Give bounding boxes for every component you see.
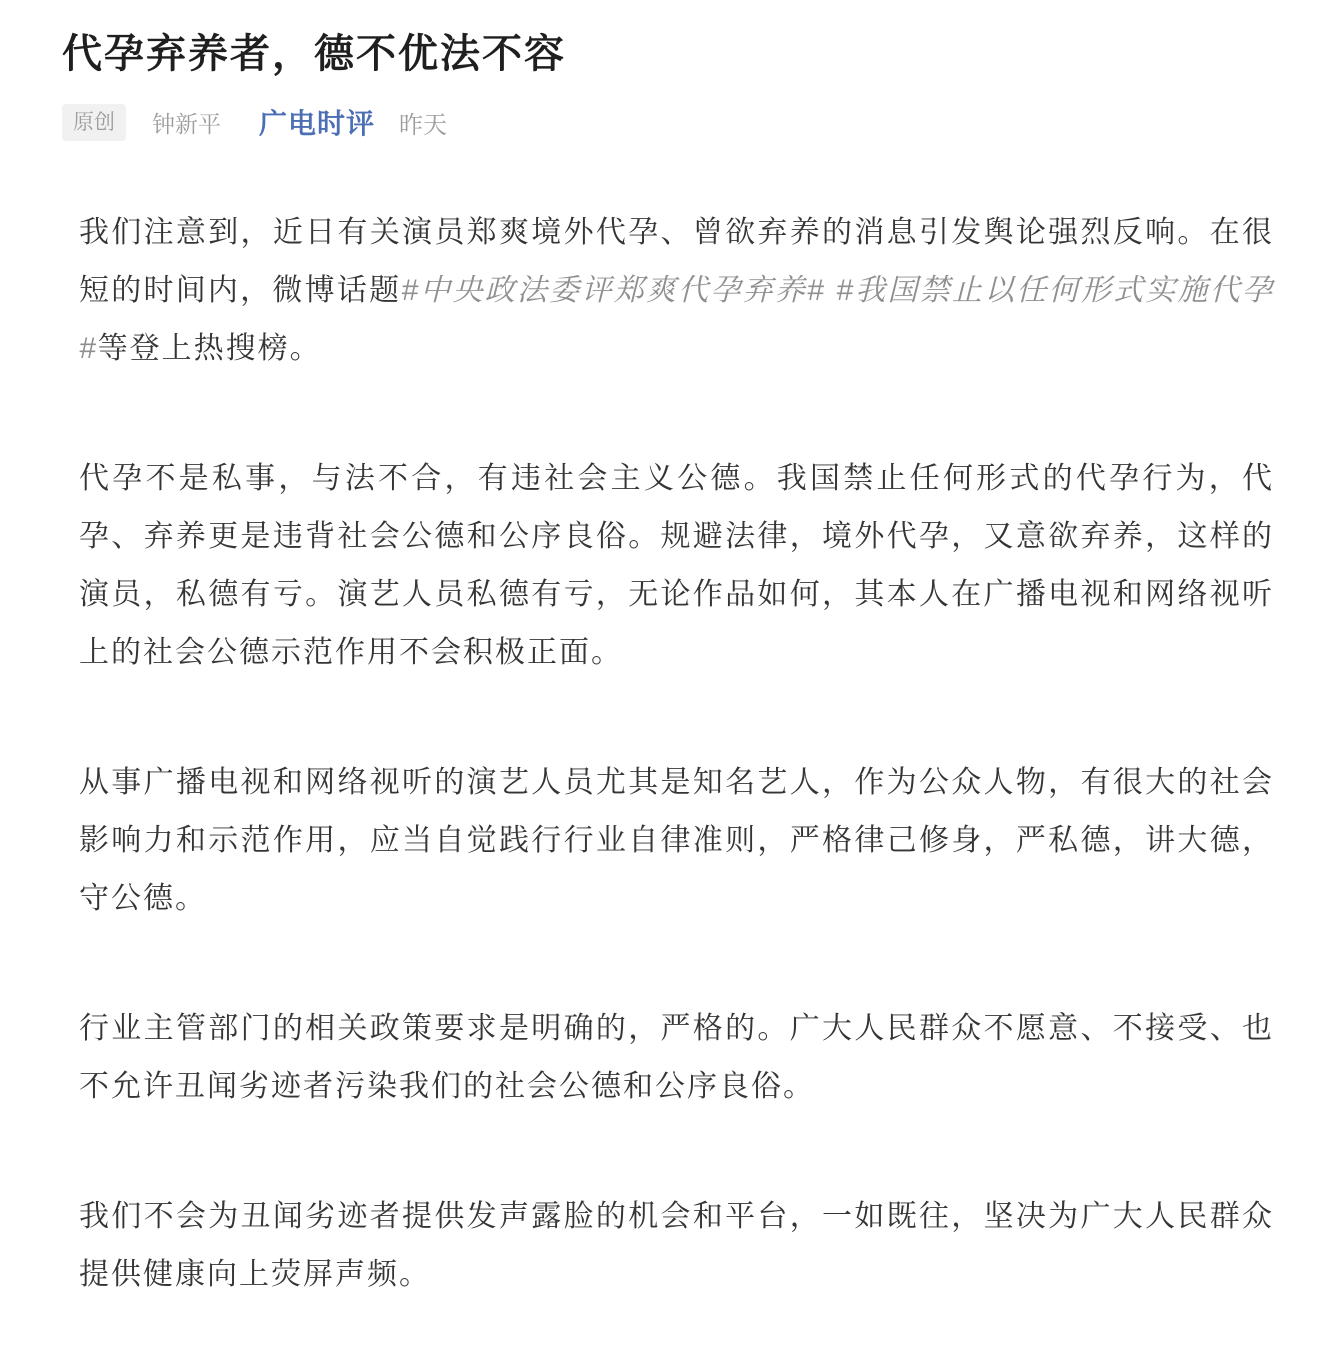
author-name: 钟新平 — [152, 106, 221, 139]
paragraph-text: 等登上热搜榜。 — [98, 332, 322, 365]
article-content: 我们注意到，近日有关演员郑爽境外代孕、曾欲弃养的消息引发舆论强烈反响。在很短的时… — [79, 204, 1274, 1304]
paragraph: 代孕不是私事，与法不合，有违社会主义公德。我国禁止任何形式的代孕行为，代孕、弃养… — [79, 450, 1274, 682]
article-title: 代孕弃养者，德不优法不容 — [62, 26, 1274, 82]
paragraph: 行业主管部门的相关政策要求是明确的，严格的。广大人民群众不愿意、不接受、也不允许… — [79, 1000, 1274, 1116]
article-page: 代孕弃养者，德不优法不容 原创 钟新平 广电时评 昨天 我们注意到，近日有关演员… — [0, 0, 1320, 1356]
paragraph-text: 行业主管部门的相关政策要求是明确的，严格的。广大人民群众不愿意、不接受、也不允许… — [79, 1012, 1274, 1103]
paragraph: 我们注意到，近日有关演员郑爽境外代孕、曾欲弃养的消息引发舆论强烈反响。在很短的时… — [79, 204, 1274, 378]
original-badge: 原创 — [62, 104, 126, 141]
account-link[interactable]: 广电时评 — [259, 102, 375, 142]
publish-date: 昨天 — [399, 105, 447, 140]
paragraph: 我们不会为丑闻劣迹者提供发声露脸的机会和平台，一如既往，坚决为广大人民群众提供健… — [79, 1188, 1274, 1304]
article-meta-row: 原创 钟新平 广电时评 昨天 — [62, 102, 1274, 142]
paragraph: 从事广播电视和网络视听的演艺人员尤其是知名艺人，作为公众人物，有很大的社会影响力… — [79, 754, 1274, 928]
paragraph-text: 从事广播电视和网络视听的演艺人员尤其是知名艺人，作为公众人物，有很大的社会影响力… — [79, 766, 1274, 915]
paragraph-text: 代孕不是私事，与法不合，有违社会主义公德。我国禁止任何形式的代孕行为，代孕、弃养… — [79, 462, 1274, 669]
article-container: 代孕弃养者，德不优法不容 原创 钟新平 广电时评 昨天 我们注意到，近日有关演员… — [0, 0, 1320, 1344]
paragraph-text: 我们不会为丑闻劣迹者提供发声露脸的机会和平台，一如既往，坚决为广大人民群众提供健… — [79, 1200, 1274, 1291]
